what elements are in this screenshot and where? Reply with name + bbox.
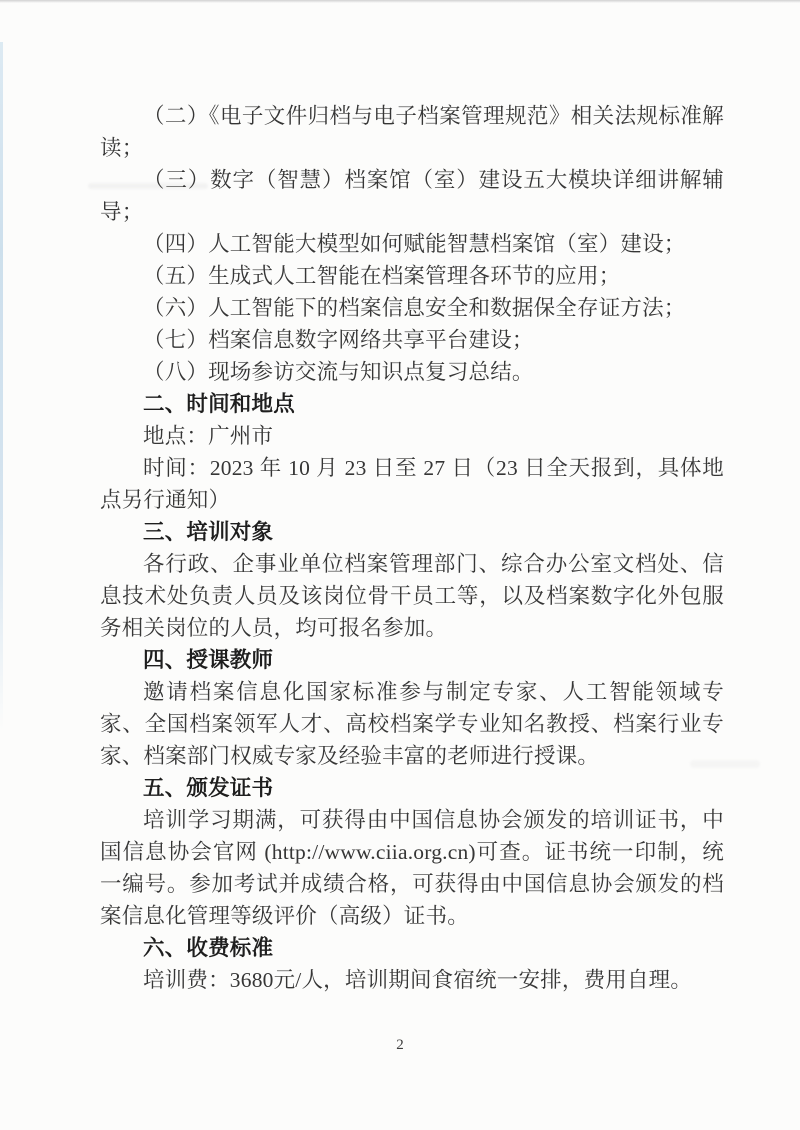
section-heading-trainees: 三、培训对象 bbox=[100, 516, 724, 548]
scan-top-edge-artifact bbox=[0, 0, 800, 3]
paragraph-trainees: 各行政、企事业单位档案管理部门、综合办公室文档处、信息技术处负责人员及该岗位骨干… bbox=[100, 548, 724, 644]
scanned-document-page: { "document": { "paragraphs": [ { "type"… bbox=[0, 0, 800, 1130]
section-heading-fees: 六、收费标准 bbox=[100, 932, 724, 964]
course-item: （七）档案信息数字网络共享平台建设； bbox=[100, 324, 724, 356]
course-item: （八）现场参访交流与知识点复习总结。 bbox=[100, 356, 724, 388]
course-item: （四）人工智能大模型如何赋能智慧档案馆（室）建设； bbox=[100, 228, 724, 260]
document-body: （二）《电子文件归档与电子档案管理规范》相关法规标准解读； （三）数字（智慧）档… bbox=[100, 100, 724, 996]
paragraph-time: 时间：2023 年 10 月 23 日至 27 日（23 日全天报到，具体地点另… bbox=[100, 452, 724, 516]
paragraph-teachers: 邀请档案信息化国家标准参与制定专家、人工智能领域专家、全国档案领军人才、高校档案… bbox=[100, 676, 724, 772]
course-item: （五）生成式人工智能在档案管理各环节的应用； bbox=[100, 260, 724, 292]
section-heading-time-place: 二、时间和地点 bbox=[100, 388, 724, 420]
course-item: （六）人工智能下的档案信息安全和数据保全存证方法； bbox=[100, 292, 724, 324]
section-heading-teachers: 四、授课教师 bbox=[100, 644, 724, 676]
page-footer: 2 bbox=[0, 1036, 800, 1054]
page-number: 2 bbox=[396, 1037, 404, 1053]
paragraph-place: 地点：广州市 bbox=[100, 420, 724, 452]
paragraph-certificate: 培训学习期满，可获得由中国信息协会颁发的培训证书，中国信息协会官网 (http:… bbox=[100, 804, 724, 932]
course-item: （二）《电子文件归档与电子档案管理规范》相关法规标准解读； bbox=[100, 100, 724, 164]
scan-left-edge-artifact bbox=[0, 42, 3, 732]
course-item: （三）数字（智慧）档案馆（室）建设五大模块详细讲解辅导； bbox=[100, 164, 724, 228]
section-heading-certificate: 五、颁发证书 bbox=[100, 772, 724, 804]
paragraph-fees: 培训费：3680元/人，培训期间食宿统一安排，费用自理。 bbox=[100, 964, 724, 996]
